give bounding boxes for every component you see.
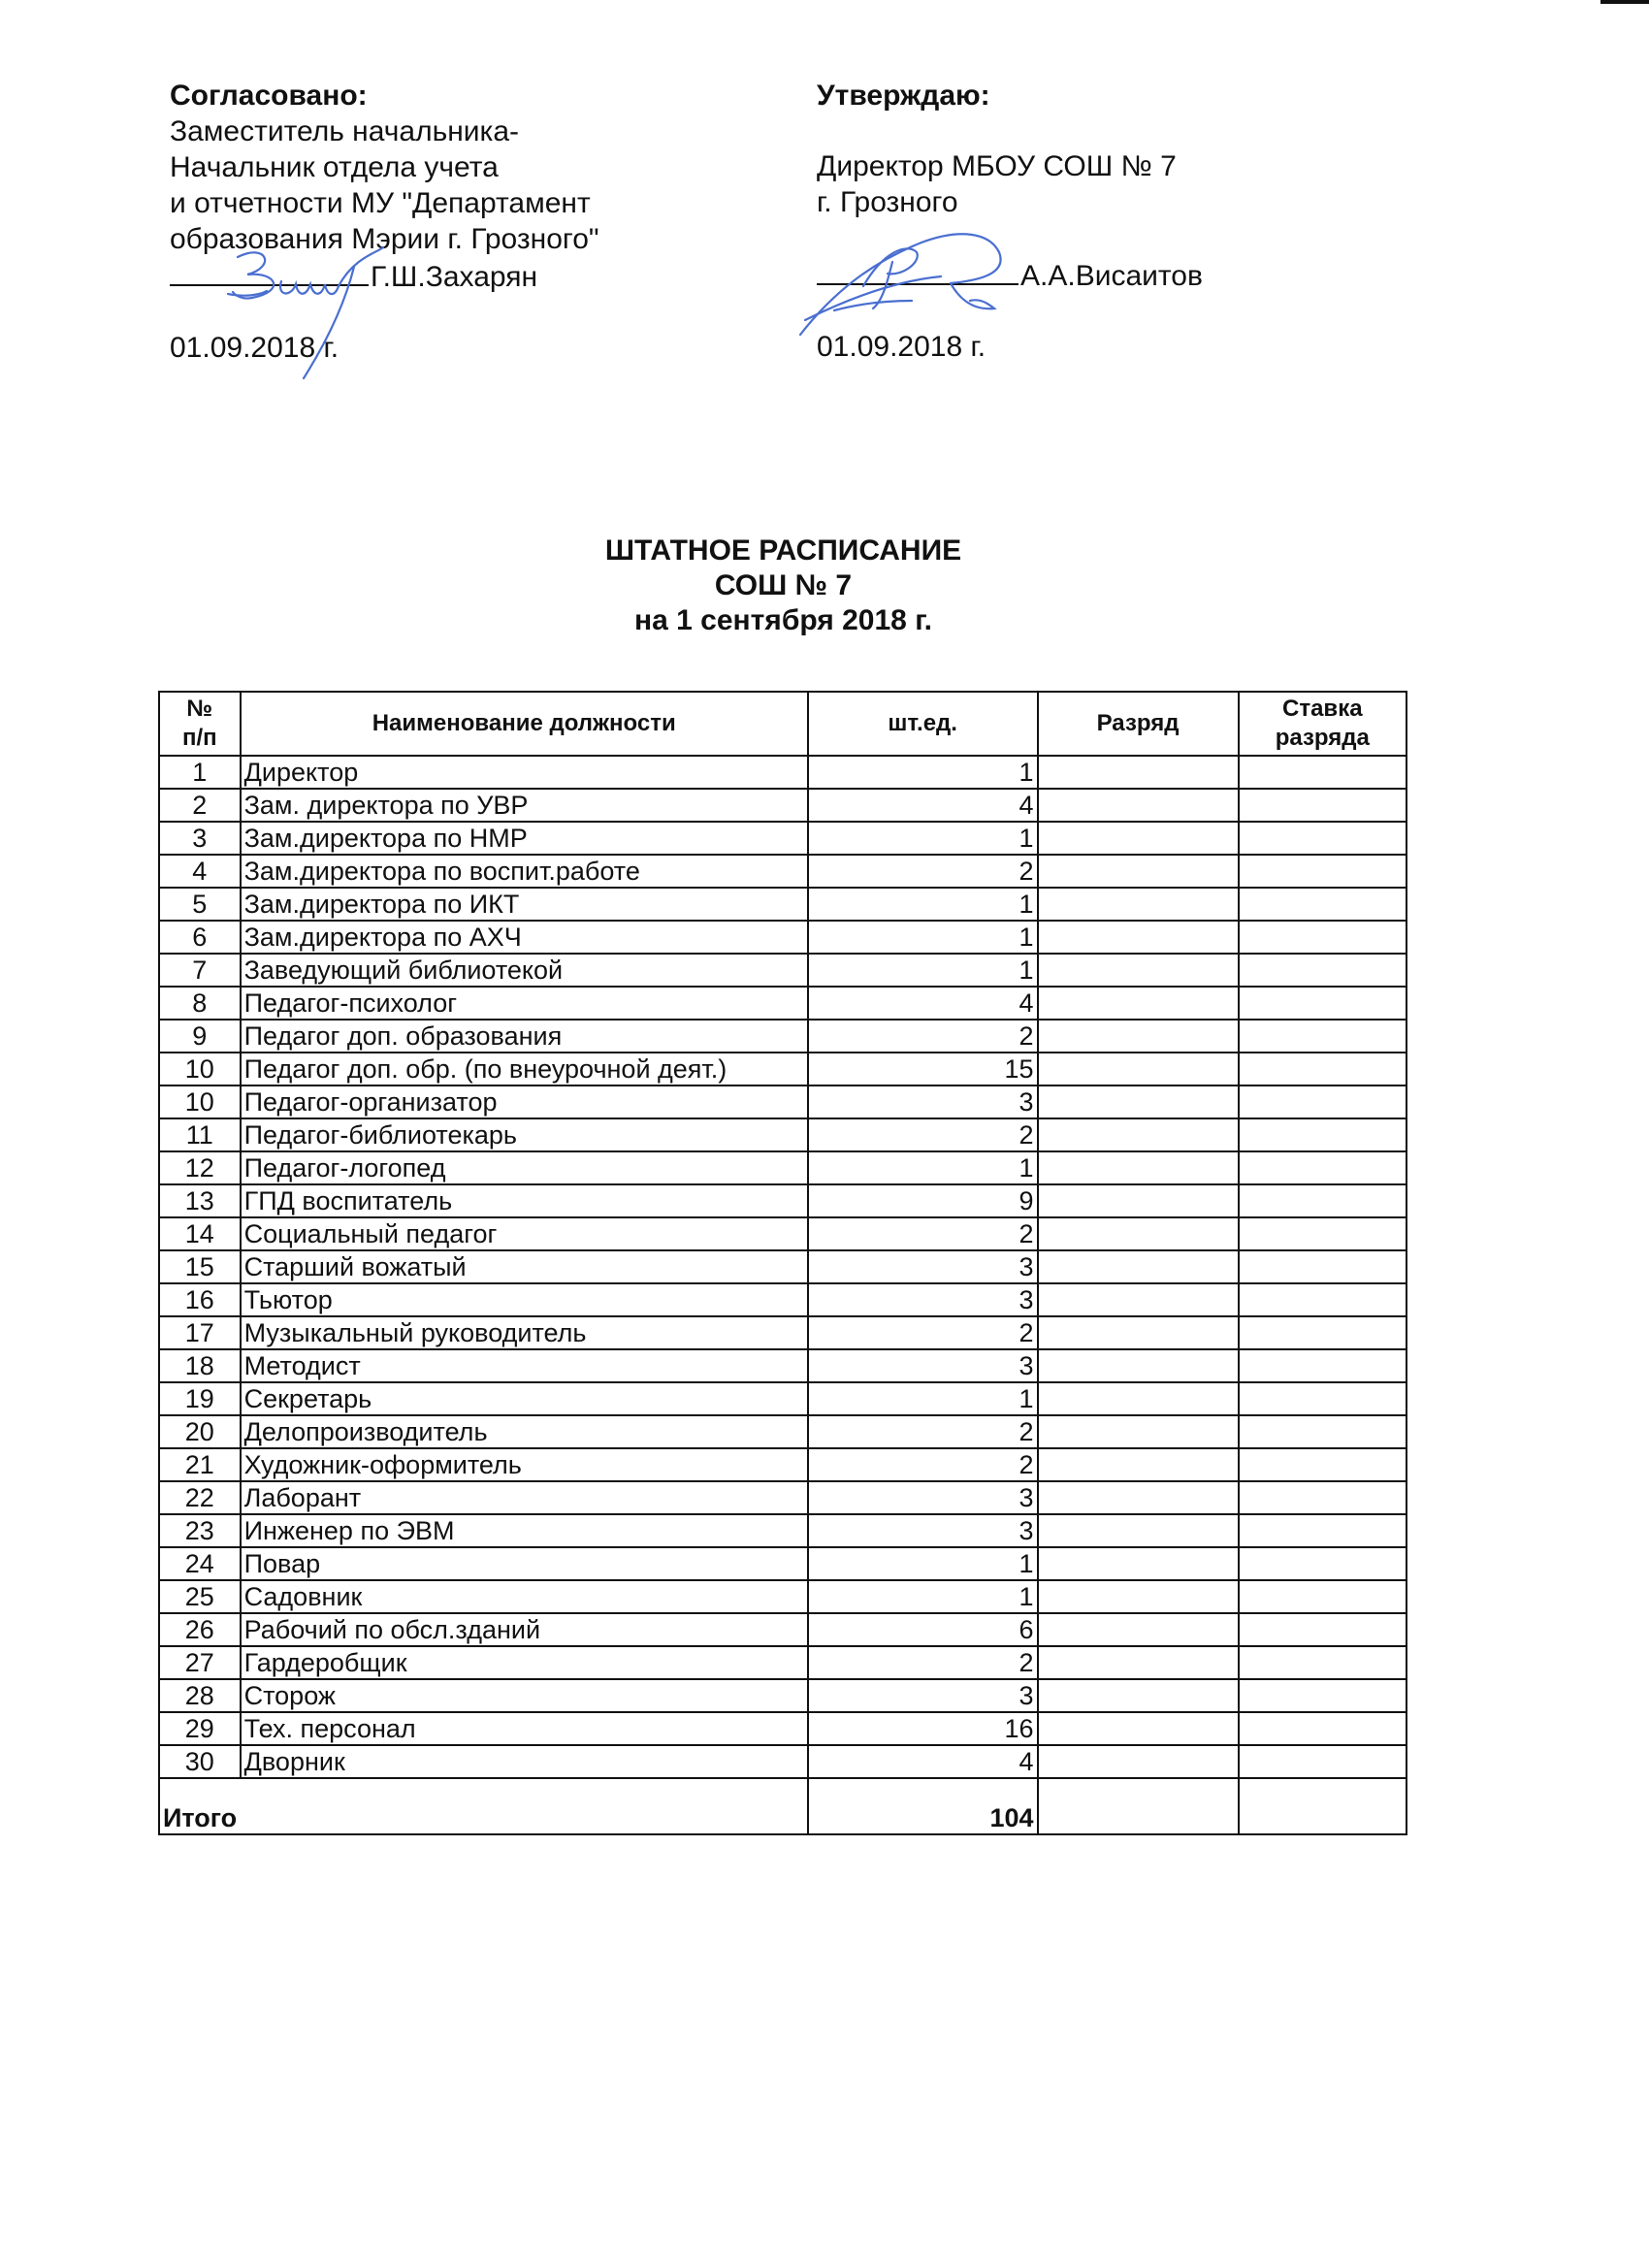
grade-rate-cell — [1239, 1646, 1406, 1679]
grade-rate-cell — [1239, 1020, 1406, 1053]
grade-cell — [1038, 1053, 1239, 1085]
table-row: 23Инженер по ЭВМ3 — [159, 1514, 1406, 1547]
header-units: шт.ед. — [808, 692, 1038, 756]
grade-cell — [1038, 921, 1239, 954]
table-row: 3Зам.директора по НМР1 — [159, 822, 1406, 855]
row-number: 19 — [159, 1382, 241, 1415]
agreed-position-line: и отчетности МУ "Департамент — [170, 185, 599, 221]
grade-rate-cell — [1239, 1745, 1406, 1778]
title-date: на 1 сентября 2018 г. — [0, 603, 1567, 638]
position-name: Зам.директора по воспит.работе — [241, 855, 808, 888]
grade-rate-cell — [1239, 1547, 1406, 1580]
grade-cell — [1038, 1382, 1239, 1415]
row-number: 27 — [159, 1646, 241, 1679]
grade-cell — [1038, 1745, 1239, 1778]
staff-units: 6 — [808, 1613, 1038, 1646]
grade-rate-cell — [1239, 1316, 1406, 1349]
position-name: Заведующий библиотекой — [241, 954, 808, 987]
table-row: 22Лаборант3 — [159, 1481, 1406, 1514]
row-number: 18 — [159, 1349, 241, 1382]
row-number: 28 — [159, 1679, 241, 1712]
position-name: Педагог доп. обр. (по внеурочной деят.) — [241, 1053, 808, 1085]
grade-cell — [1038, 1481, 1239, 1514]
grade-rate-cell — [1239, 1118, 1406, 1151]
row-number: 4 — [159, 855, 241, 888]
staff-units: 4 — [808, 1745, 1038, 1778]
staff-units: 2 — [808, 1448, 1038, 1481]
staff-units: 3 — [808, 1250, 1038, 1283]
staff-units: 4 — [808, 789, 1038, 822]
row-number: 3 — [159, 822, 241, 855]
table-row: 28Сторож3 — [159, 1679, 1406, 1712]
grade-cell — [1038, 1613, 1239, 1646]
table-row: 2Зам. директора по УВР4 — [159, 789, 1406, 822]
grade-cell — [1038, 855, 1239, 888]
position-name: Лаборант — [241, 1481, 808, 1514]
row-number: 14 — [159, 1217, 241, 1250]
grade-rate-cell — [1239, 1514, 1406, 1547]
table-row: 24Повар1 — [159, 1547, 1406, 1580]
table-row: 20Делопроизводитель2 — [159, 1415, 1406, 1448]
grade-cell — [1038, 1448, 1239, 1481]
approved-signer-name: А.А.Висаитов — [1020, 260, 1203, 292]
row-number: 6 — [159, 921, 241, 954]
position-name: Делопроизводитель — [241, 1415, 808, 1448]
table-row: 29Тех. персонал16 — [159, 1712, 1406, 1745]
row-number: 25 — [159, 1580, 241, 1613]
staff-units: 1 — [808, 888, 1038, 921]
grade-rate-cell — [1239, 822, 1406, 855]
table-row: 10Педагог доп. обр. (по внеурочной деят.… — [159, 1053, 1406, 1085]
document-title: ШТАТНОЕ РАСПИСАНИЕ СОШ № 7 на 1 сентября… — [0, 534, 1567, 638]
row-number: 9 — [159, 1020, 241, 1053]
agreed-position-line: Заместитель начальника- — [170, 113, 599, 149]
total-grade-cell — [1038, 1778, 1239, 1834]
position-name: Старший вожатый — [241, 1250, 808, 1283]
position-name: Секретарь — [241, 1382, 808, 1415]
table-row: 27Гардеробщик2 — [159, 1646, 1406, 1679]
staff-units: 1 — [808, 954, 1038, 987]
position-name: Зам. директора по УВР — [241, 789, 808, 822]
row-number: 20 — [159, 1415, 241, 1448]
table-row: 5Зам.директора по ИКТ1 — [159, 888, 1406, 921]
grade-rate-cell — [1239, 921, 1406, 954]
position-name: Дворник — [241, 1745, 808, 1778]
staff-units: 2 — [808, 1316, 1038, 1349]
approval-block-approved: Утверждаю: Директор МБОУ СОШ № 7 г. Гроз… — [817, 78, 1203, 365]
staff-units: 1 — [808, 1580, 1038, 1613]
grade-cell — [1038, 1646, 1239, 1679]
grade-cell — [1038, 1184, 1239, 1217]
approved-position-line: Директор МБОУ СОШ № 7 — [817, 148, 1203, 184]
grade-cell — [1038, 1349, 1239, 1382]
grade-cell — [1038, 1580, 1239, 1613]
grade-cell — [1038, 954, 1239, 987]
agreed-date: 01.09.2018 г. — [170, 330, 599, 366]
table-row: 26Рабочий по обсл.зданий6 — [159, 1613, 1406, 1646]
grade-rate-cell — [1239, 1217, 1406, 1250]
grade-rate-cell — [1239, 1184, 1406, 1217]
grade-rate-cell — [1239, 888, 1406, 921]
row-number: 10 — [159, 1053, 241, 1085]
table-row: 10Педагог-организатор3 — [159, 1085, 1406, 1118]
position-name: Зам.директора по ИКТ — [241, 888, 808, 921]
grade-cell — [1038, 1250, 1239, 1283]
grade-rate-cell — [1239, 789, 1406, 822]
grade-rate-cell — [1239, 987, 1406, 1020]
table-row: 8Педагог-психолог4 — [159, 987, 1406, 1020]
grade-cell — [1038, 1217, 1239, 1250]
position-name: Рабочий по обсл.зданий — [241, 1613, 808, 1646]
title-line: ШТАТНОЕ РАСПИСАНИЕ — [0, 534, 1567, 568]
staff-units: 2 — [808, 1646, 1038, 1679]
table-row: 7Заведующий библиотекой1 — [159, 954, 1406, 987]
staff-units: 9 — [808, 1184, 1038, 1217]
row-number: 15 — [159, 1250, 241, 1283]
grade-rate-cell — [1239, 756, 1406, 789]
row-number: 1 — [159, 756, 241, 789]
agreed-position-line: образования Мэрии г. Грозного" — [170, 221, 599, 257]
table-row: 17Музыкальный руководитель2 — [159, 1316, 1406, 1349]
position-name: Садовник — [241, 1580, 808, 1613]
position-name: Педагог-логопед — [241, 1151, 808, 1184]
approval-block-agreed: Согласовано: Заместитель начальника- Нач… — [170, 78, 599, 366]
scan-edge-mark — [1600, 0, 1649, 4]
staff-units: 1 — [808, 756, 1038, 789]
approved-heading: Утверждаю: — [817, 78, 1203, 113]
approved-position-line: г. Грозного — [817, 184, 1203, 220]
position-name: Тьютор — [241, 1283, 808, 1316]
header-number: № п/п — [159, 692, 241, 756]
grade-rate-cell — [1239, 1580, 1406, 1613]
staff-units: 3 — [808, 1679, 1038, 1712]
table-row: 18Методист3 — [159, 1349, 1406, 1382]
grade-cell — [1038, 888, 1239, 921]
agreed-heading: Согласовано: — [170, 78, 599, 113]
grade-cell — [1038, 1085, 1239, 1118]
table-row: 12Педагог-логопед1 — [159, 1151, 1406, 1184]
position-name: Педагог-библиотекарь — [241, 1118, 808, 1151]
grade-cell — [1038, 1283, 1239, 1316]
table-row: 6Зам.директора по АХЧ1 — [159, 921, 1406, 954]
grade-rate-cell — [1239, 1085, 1406, 1118]
staff-units: 2 — [808, 1020, 1038, 1053]
grade-rate-cell — [1239, 1053, 1406, 1085]
grade-cell — [1038, 789, 1239, 822]
staff-units: 16 — [808, 1712, 1038, 1745]
table-row: 16Тьютор3 — [159, 1283, 1406, 1316]
position-name: ГПД воспитатель — [241, 1184, 808, 1217]
total-units: 104 — [808, 1778, 1038, 1834]
header-grade: Разряд — [1038, 692, 1239, 756]
staff-units: 2 — [808, 1118, 1038, 1151]
grade-cell — [1038, 1415, 1239, 1448]
grade-rate-cell — [1239, 1481, 1406, 1514]
signature-line — [170, 257, 369, 286]
grade-cell — [1038, 1679, 1239, 1712]
grade-rate-cell — [1239, 1283, 1406, 1316]
row-number: 7 — [159, 954, 241, 987]
position-name: Педагог-организатор — [241, 1085, 808, 1118]
grade-cell — [1038, 1118, 1239, 1151]
staff-units: 15 — [808, 1053, 1038, 1085]
agreed-signer-name: Г.Ш.Захарян — [371, 261, 537, 293]
row-number: 17 — [159, 1316, 241, 1349]
row-number: 13 — [159, 1184, 241, 1217]
staff-units: 2 — [808, 1415, 1038, 1448]
grade-rate-cell — [1239, 1448, 1406, 1481]
grade-cell — [1038, 1020, 1239, 1053]
staff-units: 3 — [808, 1514, 1038, 1547]
grade-cell — [1038, 1316, 1239, 1349]
grade-rate-cell — [1239, 1613, 1406, 1646]
row-number: 10 — [159, 1085, 241, 1118]
staff-units: 3 — [808, 1481, 1038, 1514]
header-position: Наименование должности — [241, 692, 808, 756]
total-row: Итого 104 — [159, 1778, 1406, 1834]
position-name: Тех. персонал — [241, 1712, 808, 1745]
table-row: 15Старший вожатый3 — [159, 1250, 1406, 1283]
row-number: 29 — [159, 1712, 241, 1745]
staff-units: 1 — [808, 1382, 1038, 1415]
total-rate-cell — [1239, 1778, 1406, 1834]
table-row: 21Художник-оформитель2 — [159, 1448, 1406, 1481]
row-number: 12 — [159, 1151, 241, 1184]
staff-schedule-table: № п/п Наименование должности шт.ед. Разр… — [158, 691, 1407, 1835]
agreed-position-line: Начальник отдела учета — [170, 149, 599, 185]
table-row: 4Зам.директора по воспит.работе2 — [159, 855, 1406, 888]
staff-units: 1 — [808, 921, 1038, 954]
staff-units: 1 — [808, 1547, 1038, 1580]
position-name: Гардеробщик — [241, 1646, 808, 1679]
total-label: Итого — [159, 1778, 808, 1834]
staff-units: 3 — [808, 1085, 1038, 1118]
position-name: Музыкальный руководитель — [241, 1316, 808, 1349]
table-row: 9Педагог доп. образования2 — [159, 1020, 1406, 1053]
row-number: 11 — [159, 1118, 241, 1151]
grade-cell — [1038, 1712, 1239, 1745]
table-row: 30Дворник4 — [159, 1745, 1406, 1778]
staff-units: 3 — [808, 1283, 1038, 1316]
row-number: 2 — [159, 789, 241, 822]
grade-rate-cell — [1239, 954, 1406, 987]
grade-rate-cell — [1239, 1151, 1406, 1184]
grade-cell — [1038, 756, 1239, 789]
staff-units: 1 — [808, 1151, 1038, 1184]
staff-units: 2 — [808, 1217, 1038, 1250]
grade-cell — [1038, 1514, 1239, 1547]
position-name: Социальный педагог — [241, 1217, 808, 1250]
table-row: 1Директор1 — [159, 756, 1406, 789]
row-number: 22 — [159, 1481, 241, 1514]
position-name: Методист — [241, 1349, 808, 1382]
row-number: 8 — [159, 987, 241, 1020]
row-number: 24 — [159, 1547, 241, 1580]
position-name: Зам.директора по АХЧ — [241, 921, 808, 954]
grade-rate-cell — [1239, 1250, 1406, 1283]
grade-rate-cell — [1239, 1712, 1406, 1745]
grade-cell — [1038, 822, 1239, 855]
position-name: Педагог-психолог — [241, 987, 808, 1020]
grade-rate-cell — [1239, 1382, 1406, 1415]
header-grade-rate: Ставка разряда — [1239, 692, 1406, 756]
row-number: 5 — [159, 888, 241, 921]
table-row: 25Садовник1 — [159, 1580, 1406, 1613]
signature-line — [817, 256, 1018, 285]
position-name: Инженер по ЭВМ — [241, 1514, 808, 1547]
table-row: 19Секретарь1 — [159, 1382, 1406, 1415]
staff-units: 2 — [808, 855, 1038, 888]
position-name: Художник-оформитель — [241, 1448, 808, 1481]
table-row: 13ГПД воспитатель9 — [159, 1184, 1406, 1217]
grade-cell — [1038, 1151, 1239, 1184]
position-name: Сторож — [241, 1679, 808, 1712]
grade-rate-cell — [1239, 1415, 1406, 1448]
staff-units: 4 — [808, 987, 1038, 1020]
grade-rate-cell — [1239, 1349, 1406, 1382]
grade-cell — [1038, 1547, 1239, 1580]
title-school: СОШ № 7 — [0, 568, 1567, 603]
staff-units: 1 — [808, 822, 1038, 855]
row-number: 26 — [159, 1613, 241, 1646]
table-row: 14Социальный педагог2 — [159, 1217, 1406, 1250]
position-name: Повар — [241, 1547, 808, 1580]
grade-cell — [1038, 987, 1239, 1020]
row-number: 23 — [159, 1514, 241, 1547]
staff-units: 3 — [808, 1349, 1038, 1382]
row-number: 21 — [159, 1448, 241, 1481]
position-name: Зам.директора по НМР — [241, 822, 808, 855]
table-row: 11Педагог-библиотекарь2 — [159, 1118, 1406, 1151]
grade-rate-cell — [1239, 855, 1406, 888]
row-number: 30 — [159, 1745, 241, 1778]
position-name: Директор — [241, 756, 808, 789]
table-header-row: № п/п Наименование должности шт.ед. Разр… — [159, 692, 1406, 756]
row-number: 16 — [159, 1283, 241, 1316]
position-name: Педагог доп. образования — [241, 1020, 808, 1053]
approved-date: 01.09.2018 г. — [817, 329, 1203, 365]
grade-rate-cell — [1239, 1679, 1406, 1712]
